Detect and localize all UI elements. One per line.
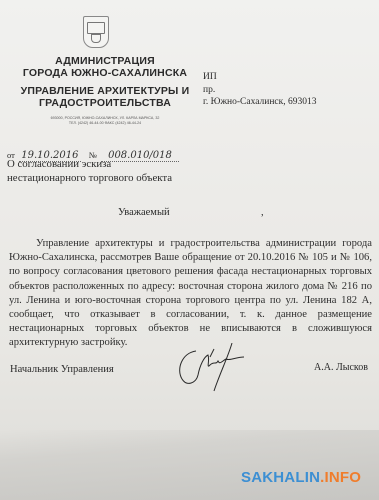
handwritten-signature-icon	[174, 343, 264, 393]
org-title-line2: ГОРОДА ЮЖНО-САХАЛИНСКА	[0, 67, 210, 79]
recipient-line3: г. Южно-Сахалинск, 693013	[203, 97, 317, 107]
emblem-crest	[87, 22, 105, 34]
org-phones: ТЕЛ. (4242) 46-44-00 ФАКС (4242) 46-44-2…	[0, 121, 210, 125]
signatory-position: Начальник Управления	[10, 364, 114, 375]
recipient-line1: ИП	[203, 72, 217, 82]
sakhalin-info-watermark: SAKHALIN.INFO	[241, 469, 361, 486]
letter-body: Управление архитектуры и градостроительс…	[9, 237, 372, 351]
emblem-base	[91, 34, 101, 43]
salutation: Уважаемый	[118, 207, 170, 218]
dept-title-line2: ГРАДОСТРОИТЕЛЬСТВА	[0, 97, 210, 109]
subject-line1: О согласовании эскиза	[7, 158, 111, 170]
signatory-name: А.А. Лысков	[314, 362, 368, 373]
subject-line2: нестационарного торгового объекта	[7, 172, 172, 184]
watermark-part2: .INFO	[320, 469, 361, 486]
recipient-line2: пр.	[203, 85, 215, 95]
salutation-comma: ,	[261, 207, 264, 218]
org-title-line1: АДМИНИСТРАЦИЯ	[0, 55, 210, 67]
city-coat-of-arms-icon	[83, 16, 109, 48]
watermark-part1: SAKHALIN	[241, 469, 320, 486]
paper-shadow	[0, 430, 379, 500]
number-value: 008.010/018	[101, 150, 179, 162]
org-address: 693000, РОССИЯ, ЮЖНО-САХАЛИНСК, УЛ. КАРЛ…	[0, 116, 210, 120]
dept-title-line1: УПРАВЛЕНИЕ АРХИТЕКТУРЫ И	[0, 85, 210, 97]
